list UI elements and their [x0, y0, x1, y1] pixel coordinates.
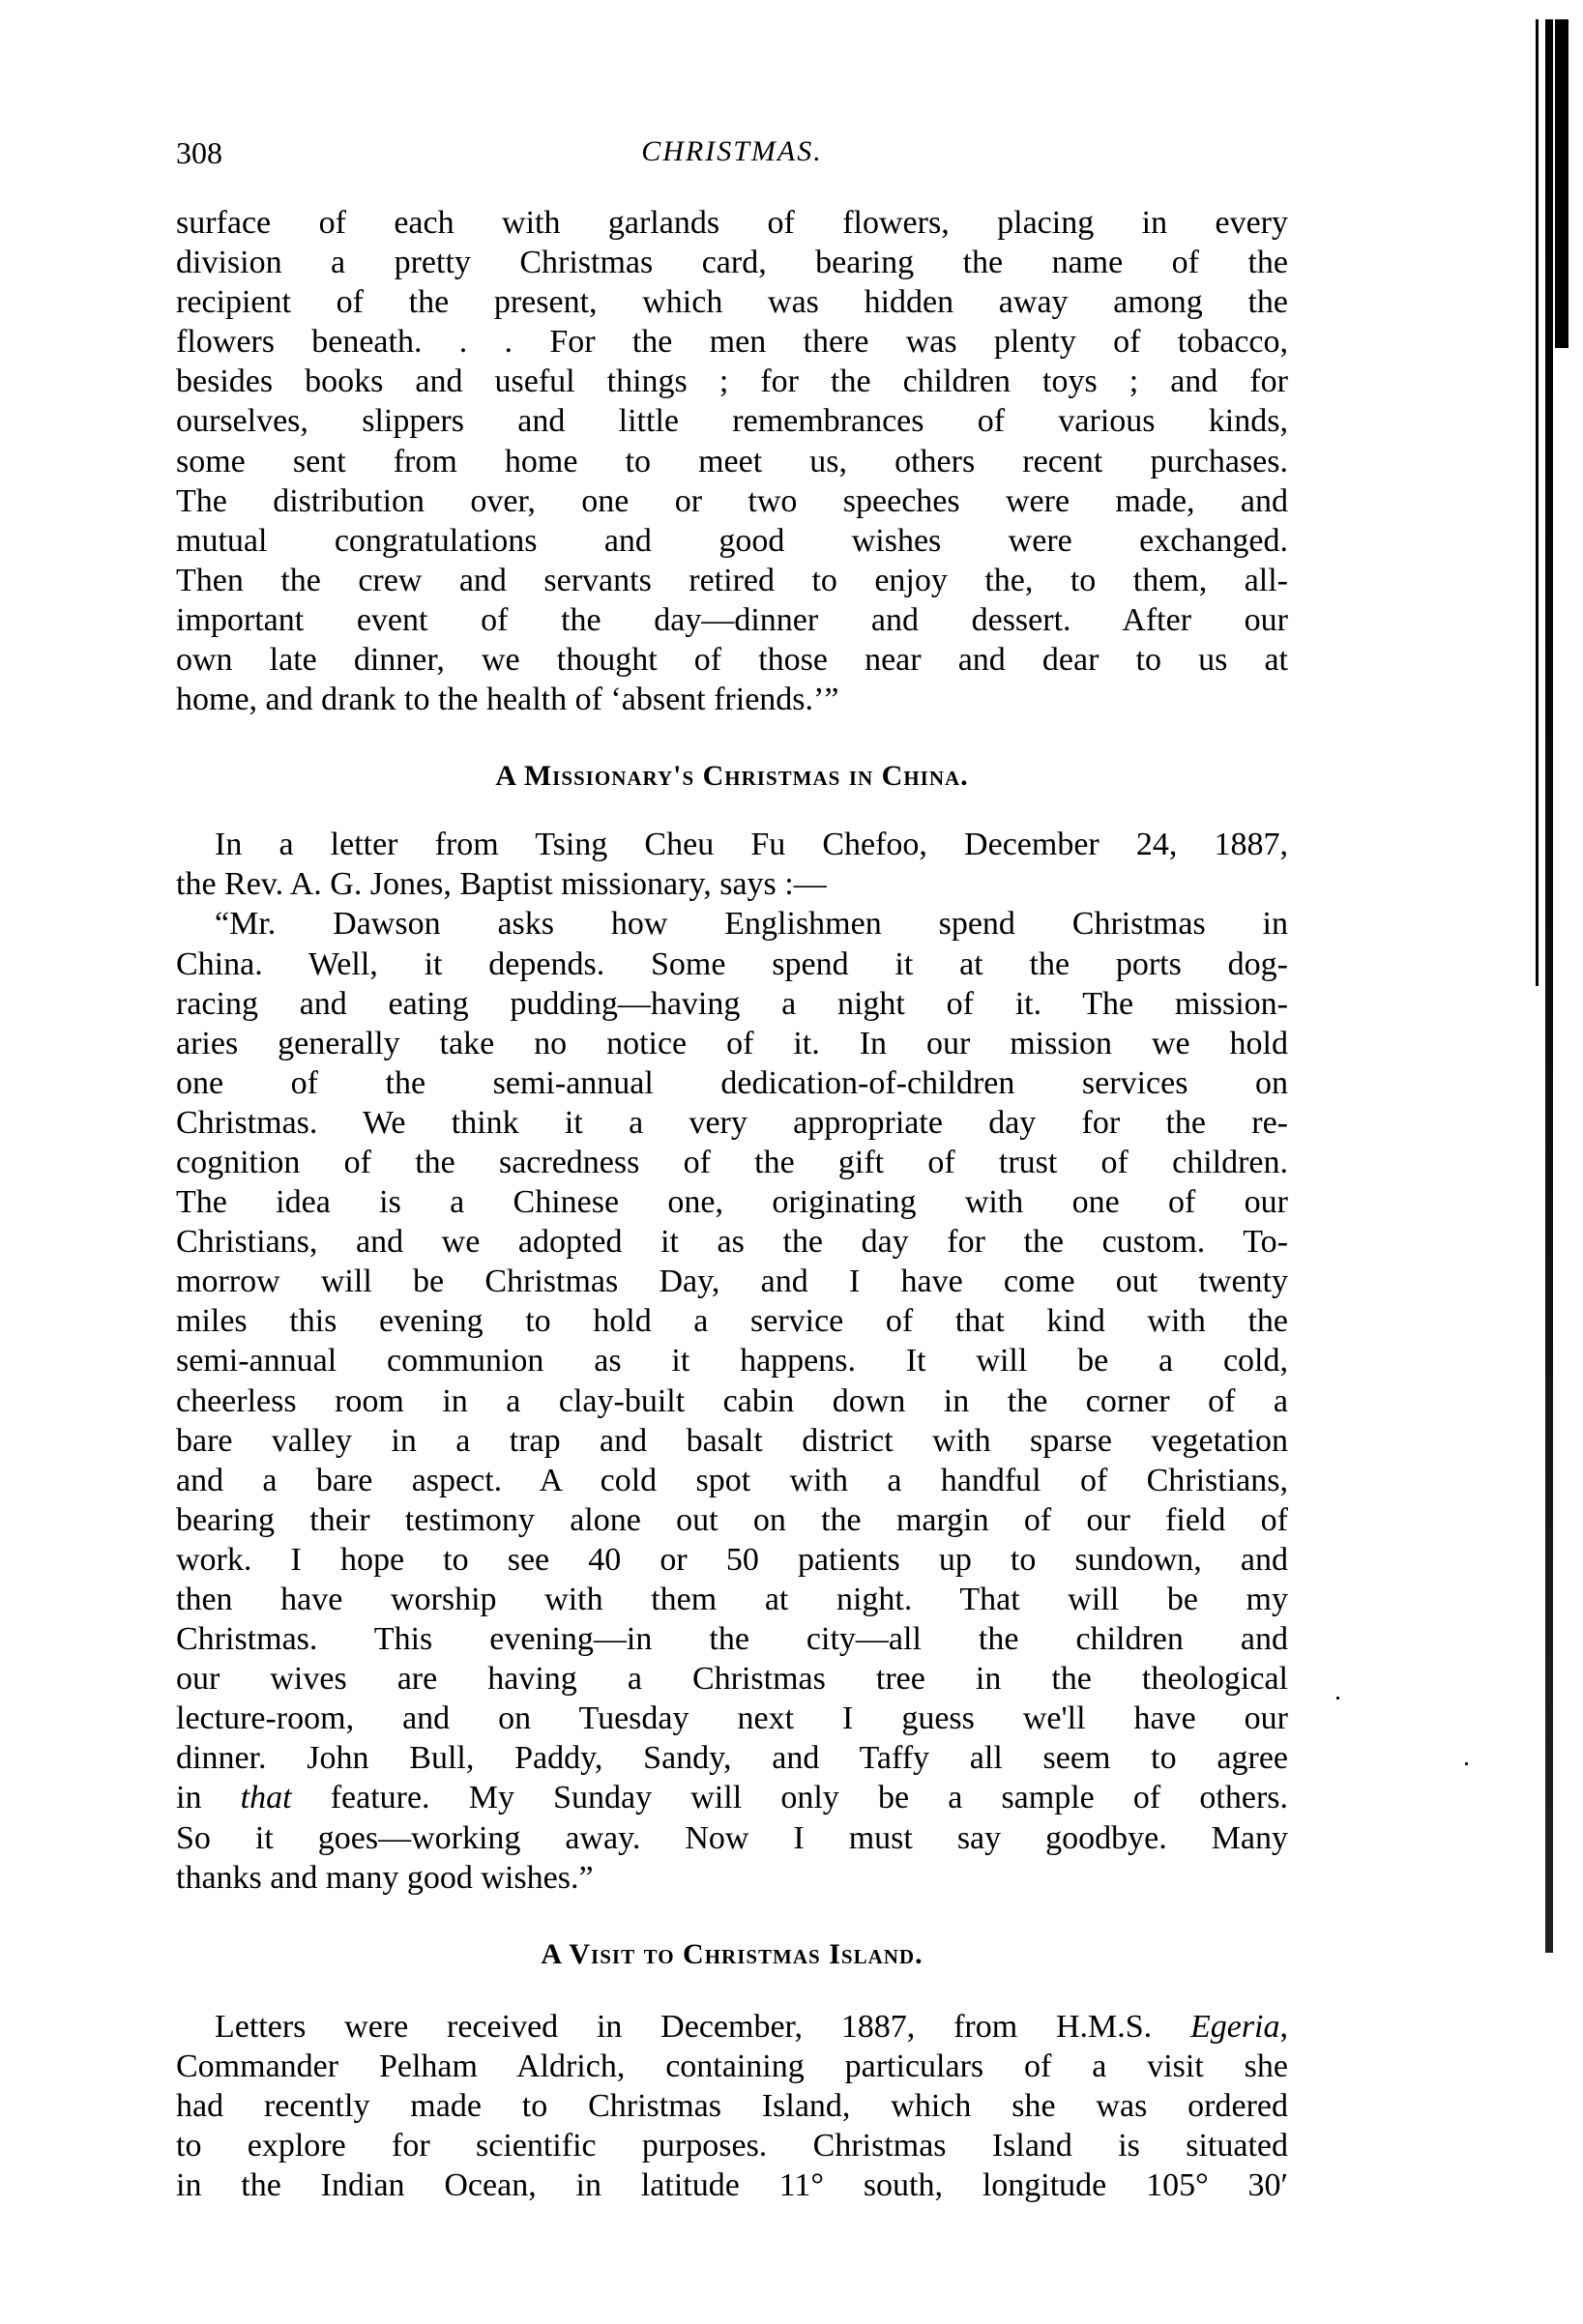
text-run: Letters were received in December, 1887,… [215, 2009, 1190, 2045]
text-line: the Rev. A. G. Jones, Baptist missionary… [176, 864, 1288, 904]
binding-shadow [1555, 19, 1568, 348]
scan-speck [1465, 1762, 1468, 1765]
text-line: lecture-room, and on Tuesday next I gues… [176, 1699, 1288, 1738]
text-line: home, and drank to the health of ‘absent… [176, 680, 1288, 719]
text-line: had recently made to Christmas Island, w… [176, 2086, 1288, 2126]
ship-name: Egeria [1190, 2009, 1280, 2045]
text-line: to explore for scientific purposes. Chri… [176, 2126, 1288, 2165]
section-heading-missionary: A Missionary's Christmas in China. [176, 756, 1288, 796]
text-line: surface of each with garlands of flowers… [176, 203, 1288, 243]
text-line: mutual congratulations and good wishes w… [176, 521, 1288, 561]
scan-speck [1336, 1697, 1339, 1699]
text-line: then have worship with them at night. Th… [176, 1580, 1288, 1619]
binding-edge-line [1536, 19, 1539, 986]
text-line: China. Well, it depends. Some spend it a… [176, 944, 1288, 984]
book-page: 308 CHRISTMAS. surface of each with garl… [0, 0, 1583, 2324]
text-line: dinner. John Bull, Paddy, Sandy, and Taf… [176, 1738, 1288, 1778]
text-line: Christmas. This evening—in the city—all … [176, 1619, 1288, 1659]
text-line: flowers beneath. . . For the men there w… [176, 322, 1288, 362]
binding-edge [1545, 19, 1553, 1953]
text-line: The distribution over, one or two speech… [176, 481, 1288, 521]
text-line: Then the crew and servants retired to en… [176, 561, 1288, 600]
running-head: 308 CHRISTMAS. [176, 135, 1288, 174]
text-line-with-italic: in that feature. My Sunday will only be … [176, 1778, 1288, 1817]
text-line: important event of the day—dinner and de… [176, 600, 1288, 640]
text-column: surface of each with garlands of flowers… [176, 203, 1288, 2205]
text-line: our wives are having a Christmas tree in… [176, 1659, 1288, 1699]
running-title: CHRISTMAS. [176, 135, 1288, 168]
text-run: in [176, 1780, 241, 1816]
missionary-intro-paragraph: In a letter from Tsing Cheu Fu Chefoo, D… [176, 825, 1288, 904]
text-line: bearing their testimony alone out on the… [176, 1500, 1288, 1540]
text-line: miles this evening to hold a service of … [176, 1301, 1288, 1341]
text-line: cheerless room in a clay-built cabin dow… [176, 1381, 1288, 1421]
text-line: Christmas. We think it a very appropriat… [176, 1103, 1288, 1143]
text-line: ourselves, slippers and little remembran… [176, 401, 1288, 441]
text-line: recipient of the present, which was hidd… [176, 282, 1288, 322]
text-line: bare valley in a trap and basalt distric… [176, 1421, 1288, 1461]
text-line: some sent from home to meet us, others r… [176, 442, 1288, 481]
text-line: in the Indian Ocean, in latitude 11° sou… [176, 2165, 1288, 2205]
italic-emphasis: that [241, 1780, 292, 1816]
text-run: , [1280, 2009, 1289, 2045]
text-line-with-italic: Letters were received in December, 1887,… [176, 2007, 1288, 2047]
text-line: and a bare aspect. A cold spot with a ha… [176, 1461, 1288, 1500]
text-line: morrow will be Christmas Day, and I have… [176, 1262, 1288, 1301]
text-line: one of the semi-annual dedication-of-chi… [176, 1063, 1288, 1103]
text-line: work. I hope to see 40 or 50 patients up… [176, 1540, 1288, 1580]
text-line: “Mr. Dawson asks how Englishmen spend Ch… [176, 904, 1288, 944]
text-line: semi-annual communion as it happens. It … [176, 1341, 1288, 1380]
text-line: Christians, and we adopted it as the day… [176, 1222, 1288, 1262]
missionary-letter-paragraph: “Mr. Dawson asks how Englishmen spend Ch… [176, 904, 1288, 1897]
text-line: So it goes—working away. Now I must say … [176, 1818, 1288, 1858]
text-line: cognition of the sacredness of the gift … [176, 1143, 1288, 1182]
text-line: own late dinner, we thought of those nea… [176, 640, 1288, 680]
text-run: feature. My Sunday will only be a sample… [292, 1780, 1288, 1816]
text-line: aries generally take no notice of it. In… [176, 1024, 1288, 1063]
text-line: racing and eating pudding—having a night… [176, 984, 1288, 1024]
text-line: In a letter from Tsing Cheu Fu Chefoo, D… [176, 825, 1288, 864]
text-line: besides books and useful things ; for th… [176, 362, 1288, 401]
section-heading-island: A Visit to Christmas Island. [176, 1934, 1288, 1974]
text-line: division a pretty Christmas card, bearin… [176, 243, 1288, 282]
continuation-paragraph: surface of each with garlands of flowers… [176, 203, 1288, 719]
island-paragraph: Letters were received in December, 1887,… [176, 2007, 1288, 2205]
text-line: thanks and many good wishes.” [176, 1858, 1288, 1898]
text-line: Commander Pelham Aldrich, containing par… [176, 2047, 1288, 2086]
text-line: The idea is a Chinese one, originating w… [176, 1182, 1288, 1222]
